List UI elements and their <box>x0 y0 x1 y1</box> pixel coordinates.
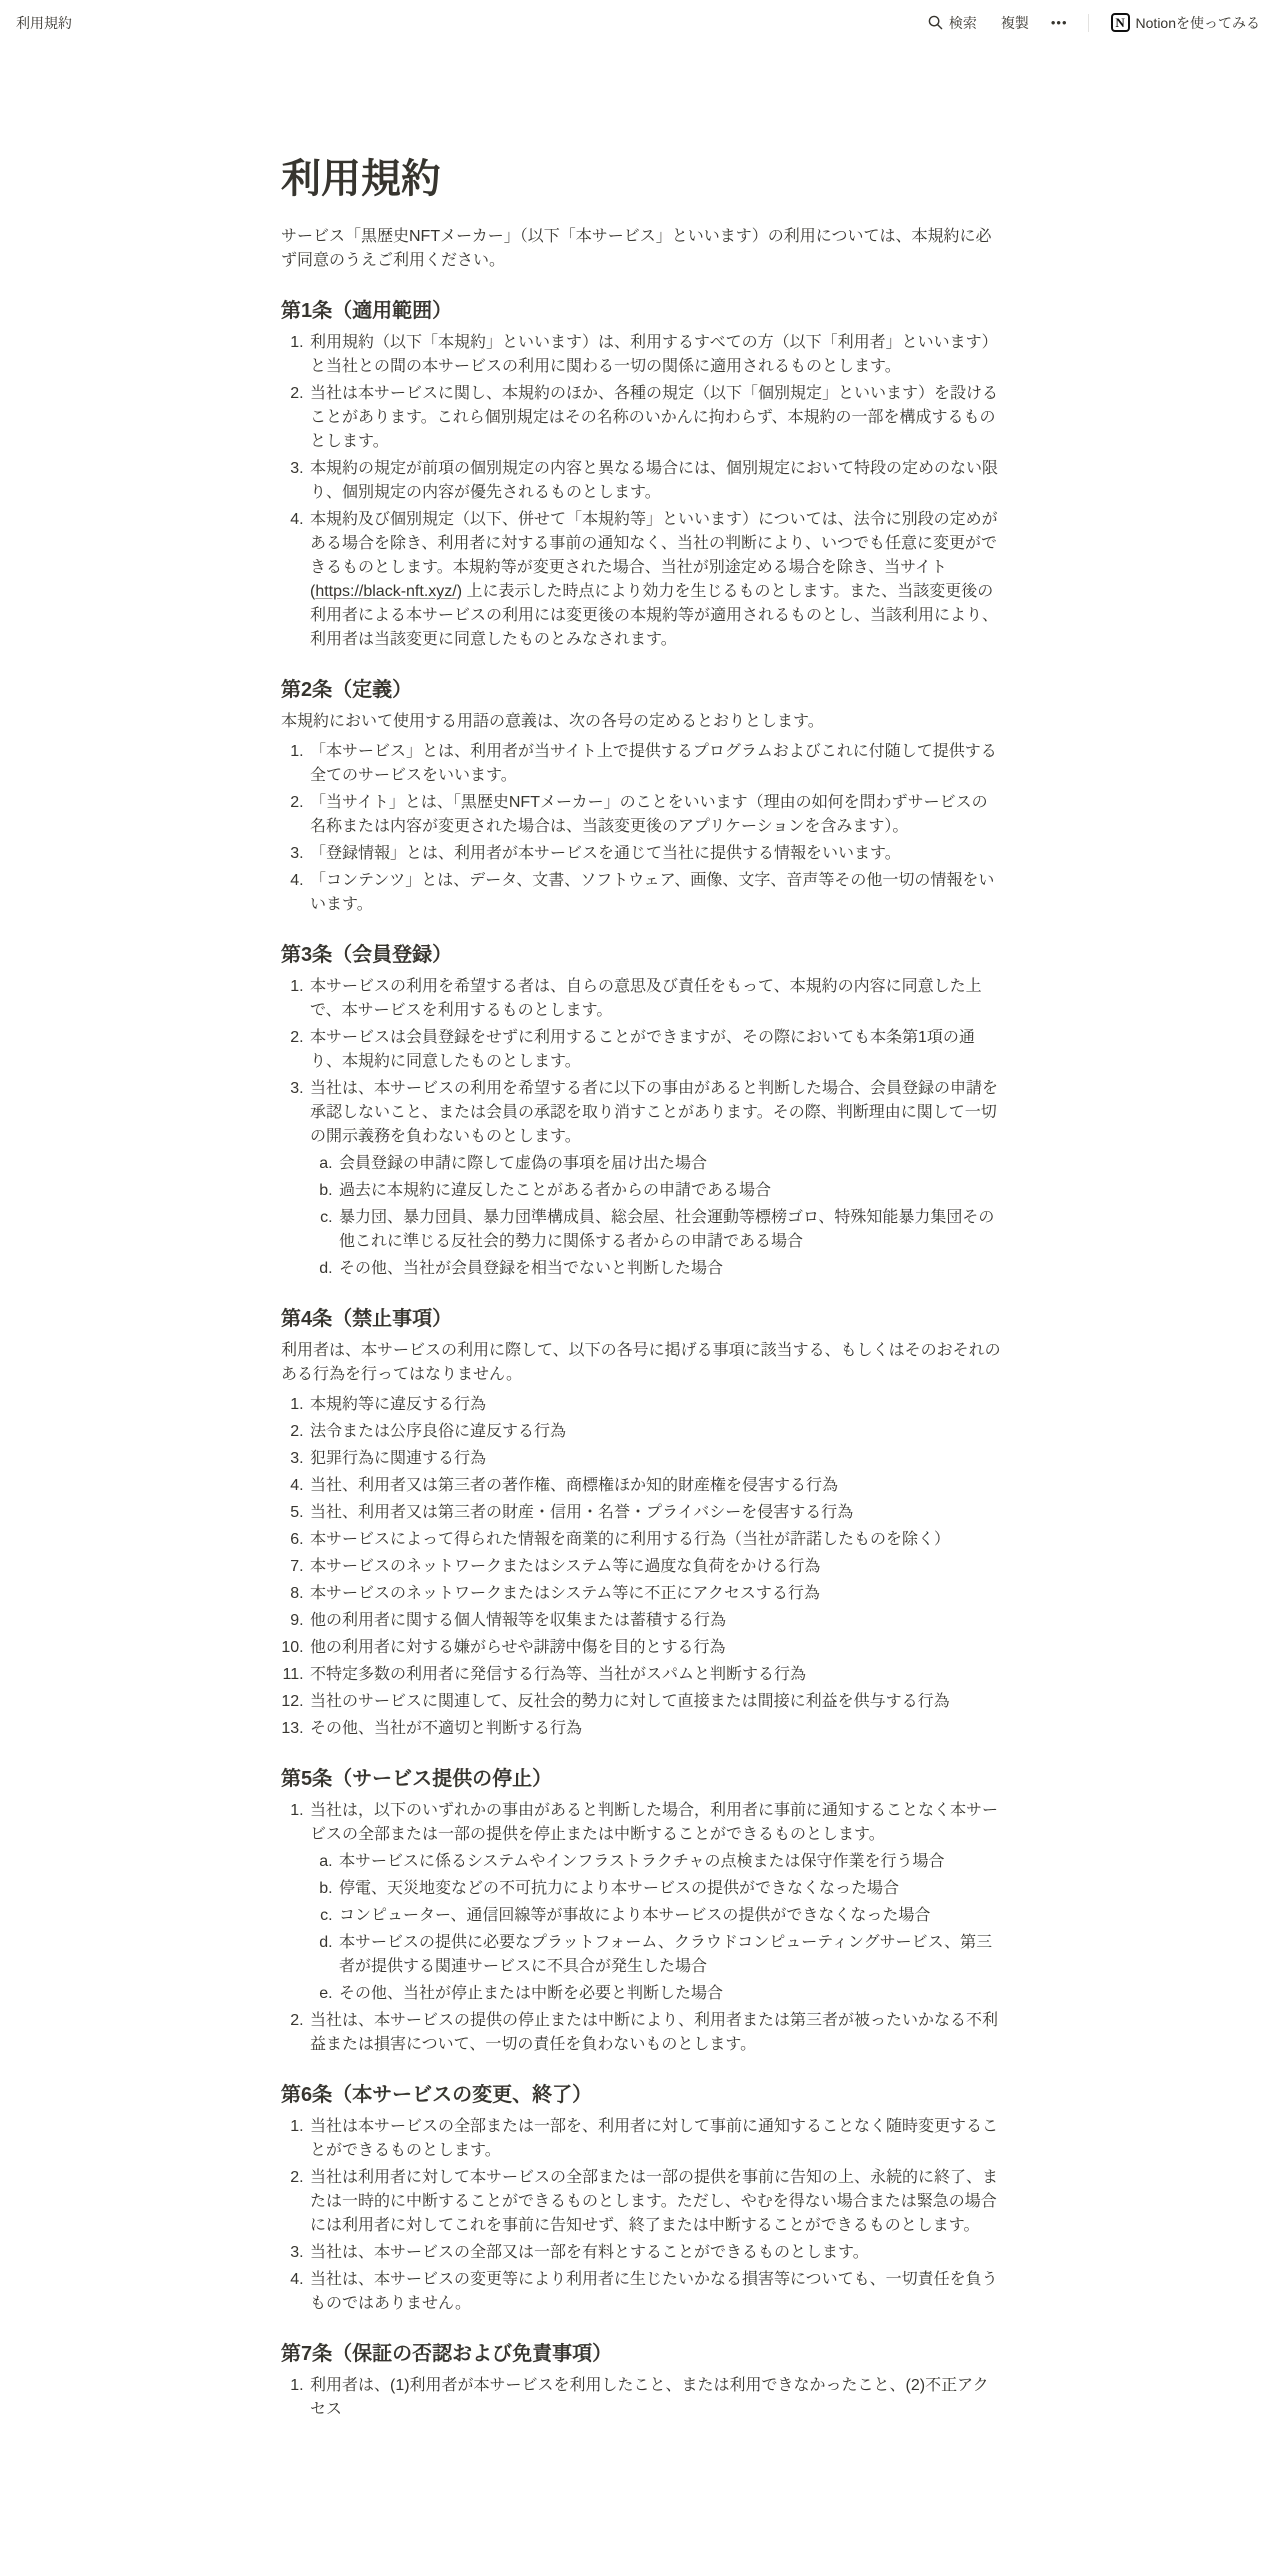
list-item-text: 「当サイト」とは、「黒歴史NFTメーカー」のことをいいます（理由の如何を問わずサ… <box>310 794 988 835</box>
list-item: 利用者は、(1)利用者が本サービスを利用したこと、または利用できなかったこと、(… <box>308 2374 1003 2422</box>
list-item-text: 不特定多数の利用者に発信する行為等、当社がスパムと判断する行為 <box>310 1666 806 1683</box>
list-item-text: 法令または公序良俗に違反する行為 <box>310 1423 566 1440</box>
sub-list-item-text: 本サービスに係るシステムやインフラストラクチャの点検または保守作業を行う場合 <box>339 1853 944 1870</box>
notion-logo-icon: N <box>1111 13 1130 32</box>
list-item-text: 当社のサービスに関連して、反社会的勢力に対して直接または間接に利益を供与する行為 <box>310 1693 950 1710</box>
terms-list: 「本サービス」とは、利用者が当サイト上で提供するプログラムおよびこれに付随して提… <box>281 740 1003 917</box>
list-item: 他の利用者に対する嫌がらせや誹謗中傷を目的とする行為 <box>308 1636 1003 1660</box>
try-notion-button[interactable]: N Notionを使ってみる <box>1103 9 1268 37</box>
list-item: 「当サイト」とは、「黒歴史NFTメーカー」のことをいいます（理由の如何を問わずサ… <box>308 791 1003 839</box>
sub-list-item-text: 暴力団、暴力団員、暴力団準構成員、総会屋、社会運動等標榜ゴロ、特殊知能暴力集団そ… <box>339 1209 994 1250</box>
list-item-text: 利用規約（以下「本規約」といいます）は、利用するすべての方（以下「利用者」といい… <box>310 334 998 375</box>
page-title: 利用規約 <box>281 155 1003 203</box>
list-item: その他、当社が不適切と判断する行為 <box>308 1717 1003 1741</box>
list-item: 本サービスは会員登録をせずに利用することができますが、その際においても本条第1項… <box>308 1026 1003 1074</box>
section-intro: 本規約において使用する用語の意義は、次の各号の定めるとおりとします。 <box>281 710 1003 734</box>
sub-list-item-text: 過去に本規約に違反したことがある者からの申請である場合 <box>339 1182 771 1199</box>
topbar-page-title: 利用規約 <box>16 13 72 33</box>
list-item-text: 当社、利用者又は第三者の著作権、商標権ほか知的財産権を侵害する行為 <box>310 1477 838 1494</box>
list-item: 利用規約（以下「本規約」といいます）は、利用するすべての方（以下「利用者」といい… <box>308 331 1003 379</box>
list-item-text: 本サービスによって得られた情報を商業的に利用する行為（当社が許諾したものを除く） <box>310 1531 950 1548</box>
sub-list-item: その他、当社が停止または中断を必要と判断した場合 <box>337 1982 1003 2006</box>
search-icon <box>928 15 943 30</box>
list-item-text: 当社、利用者又は第三者の財産・信用・名誉・プライバシーを侵害する行為 <box>310 1504 853 1521</box>
list-item-text: 当社は、本サービスの全部又は一部を有料とすることができるものとします。 <box>310 2244 869 2261</box>
list-item: 当社は本サービスに関し、本規約のほか、各種の規定（以下「個別規定」といいます）を… <box>308 382 1003 454</box>
list-item: 不特定多数の利用者に発信する行為等、当社がスパムと判断する行為 <box>308 1663 1003 1687</box>
section-heading: 第3条（会員登録） <box>281 941 1003 969</box>
list-item-text: 当社は、本サービスの変更等により利用者に生じたいかなる損害等についても、一切責任… <box>310 2271 998 2312</box>
list-item: 本サービスのネットワークまたはシステム等に過度な負荷をかける行為 <box>308 1555 1003 1579</box>
list-item: 本規約等に違反する行為 <box>308 1393 1003 1417</box>
sub-list-item: 会員登録の申請に際して虚偽の事項を届け出た場合 <box>337 1152 1003 1176</box>
section-heading: 第1条（適用範囲） <box>281 297 1003 325</box>
terms-section: 第2条（定義）本規約において使用する用語の意義は、次の各号の定めるとおりとします… <box>281 676 1003 917</box>
list-item-text: 当社は，以下のいずれかの事由があると判断した場合，利用者に事前に通知することなく… <box>310 1802 998 1843</box>
list-item-text: 本規約の規定が前項の個別規定の内容と異なる場合には、個別規定において特段の定めの… <box>310 460 998 501</box>
list-item: 当社、利用者又は第三者の財産・信用・名誉・プライバシーを侵害する行為 <box>308 1501 1003 1525</box>
section-heading: 第6条（本サービスの変更、終了） <box>281 2081 1003 2109</box>
more-options-icon: ••• <box>1051 15 1068 30</box>
topbar-actions: 検索 複製 ••• N Notionを使ってみる <box>920 9 1268 37</box>
page-intro: サービス「黒歴史NFTメーカー」（以下「本サービス」といいます）の利用については… <box>281 225 1003 273</box>
terms-section: 第6条（本サービスの変更、終了）当社は本サービスの全部または一部を、利用者に対し… <box>281 2081 1003 2316</box>
list-item: 「登録情報」とは、利用者が本サービスを通じて当社に提供する情報をいいます。 <box>308 842 1003 866</box>
list-item-text: 本サービスは会員登録をせずに利用することができますが、その際においても本条第1項… <box>310 1029 975 1070</box>
terms-section: 第3条（会員登録）本サービスの利用を希望する者は、自らの意思及び責任をもって、本… <box>281 941 1003 1281</box>
inline-link[interactable]: https://black-nft.xyz/ <box>315 583 456 600</box>
list-item-text: 他の利用者に対する嫌がらせや誹謗中傷を目的とする行為 <box>310 1639 726 1656</box>
sub-list-item: 本サービスの提供に必要なプラットフォーム、クラウドコンピューティングサービス、第… <box>337 1931 1003 1979</box>
list-item: 「コンテンツ」とは、データ、文書、ソフトウェア、画像、文字、音声等その他一切の情… <box>308 869 1003 917</box>
sub-list-item: 過去に本規約に違反したことがある者からの申請である場合 <box>337 1179 1003 1203</box>
terms-section: 第7条（保証の否認および免責事項）利用者は、(1)利用者が本サービスを利用したこ… <box>281 2340 1003 2422</box>
section-heading: 第2条（定義） <box>281 676 1003 704</box>
terms-list: 利用規約（以下「本規約」といいます）は、利用するすべての方（以下「利用者」といい… <box>281 331 1003 652</box>
list-item-text: 当社は本サービスに関し、本規約のほか、各種の規定（以下「個別規定」といいます）を… <box>310 385 998 450</box>
list-item: 犯罪行為に関連する行為 <box>308 1447 1003 1471</box>
sub-list-item-text: 会員登録の申請に際して虚偽の事項を届け出た場合 <box>339 1155 707 1172</box>
list-item-text: その他、当社が不適切と判断する行為 <box>310 1720 582 1737</box>
search-button[interactable]: 検索 <box>920 9 985 37</box>
terms-section: 第5条（サービス提供の停止）当社は，以下のいずれかの事由があると判断した場合，利… <box>281 1765 1003 2057</box>
section-heading: 第4条（禁止事項） <box>281 1305 1003 1333</box>
list-item: 本サービスの利用を希望する者は、自らの意思及び責任をもって、本規約の内容に同意し… <box>308 975 1003 1023</box>
terms-list: 当社は本サービスの全部または一部を、利用者に対して事前に通知することなく随時変更… <box>281 2115 1003 2316</box>
sub-list-item-text: 停電、天災地変などの不可抗力により本サービスの提供ができなくなった場合 <box>339 1880 899 1897</box>
terms-list: 本規約等に違反する行為法令または公序良俗に違反する行為犯罪行為に関連する行為当社… <box>281 1393 1003 1741</box>
duplicate-label: 複製 <box>1001 13 1029 33</box>
more-options-button[interactable]: ••• <box>1045 11 1074 34</box>
sub-list-item-text: 本サービスの提供に必要なプラットフォーム、クラウドコンピューティングサービス、第… <box>339 1934 992 1975</box>
list-item: 当社は利用者に対して本サービスの全部または一部の提供を事前に告知の上、永続的に終… <box>308 2166 1003 2238</box>
duplicate-button[interactable]: 複製 <box>993 9 1037 37</box>
sub-list-item-text: その他、当社が会員登録を相当でないと判断した場合 <box>339 1260 723 1277</box>
list-item-text: 利用者は、(1)利用者が本サービスを利用したこと、または利用できなかったこと、(… <box>310 2377 989 2418</box>
list-item-text: 本サービスの利用を希望する者は、自らの意思及び責任をもって、本規約の内容に同意し… <box>310 978 982 1019</box>
topbar: 利用規約 検索 複製 ••• N Notionを使ってみる <box>0 0 1284 45</box>
sub-list: 会員登録の申請に際して虚偽の事項を届け出た場合過去に本規約に違反したことがある者… <box>310 1152 1003 1281</box>
list-item: 当社は、本サービスの変更等により利用者に生じたいかなる損害等についても、一切責任… <box>308 2268 1003 2316</box>
list-item: 「本サービス」とは、利用者が当サイト上で提供するプログラムおよびこれに付随して提… <box>308 740 1003 788</box>
terms-list: 本サービスの利用を希望する者は、自らの意思及び責任をもって、本規約の内容に同意し… <box>281 975 1003 1281</box>
list-item-text: 「登録情報」とは、利用者が本サービスを通じて当社に提供する情報をいいます。 <box>310 845 901 862</box>
terms-list: 利用者は、(1)利用者が本サービスを利用したこと、または利用できなかったこと、(… <box>281 2374 1003 2422</box>
list-item: 当社は本サービスの全部または一部を、利用者に対して事前に通知することなく随時変更… <box>308 2115 1003 2163</box>
search-label: 検索 <box>949 13 977 33</box>
sub-list-item: その他、当社が会員登録を相当でないと判断した場合 <box>337 1257 1003 1281</box>
terms-list: 当社は，以下のいずれかの事由があると判断した場合，利用者に事前に通知することなく… <box>281 1799 1003 2057</box>
list-item: 当社のサービスに関連して、反社会的勢力に対して直接または間接に利益を供与する行為 <box>308 1690 1003 1714</box>
list-item-text: 当社は本サービスの全部または一部を、利用者に対して事前に通知することなく随時変更… <box>310 2118 998 2159</box>
list-item-text: 当社は、本サービスの利用を希望する者に以下の事由があると判断した場合、会員登録の… <box>310 1080 998 1145</box>
list-item: 本サービスによって得られた情報を商業的に利用する行為（当社が許諾したものを除く） <box>308 1528 1003 1552</box>
list-item: 本サービスのネットワークまたはシステム等に不正にアクセスする行為 <box>308 1582 1003 1606</box>
sub-list-item: 暴力団、暴力団員、暴力団準構成員、総会屋、社会運動等標榜ゴロ、特殊知能暴力集団そ… <box>337 1206 1003 1254</box>
sub-list-item-text: その他、当社が停止または中断を必要と判断した場合 <box>339 1985 723 2002</box>
list-item-text: 「コンテンツ」とは、データ、文書、ソフトウェア、画像、文字、音声等その他一切の情… <box>310 872 994 913</box>
list-item: 当社は、本サービスの全部又は一部を有料とすることができるものとします。 <box>308 2241 1003 2265</box>
sub-list-item-text: コンピューター、通信回線等が事故により本サービスの提供ができなくなった場合 <box>339 1907 930 1924</box>
list-item: 本規約及び個別規定（以下、併せて「本規約等」といいます）については、法令に別段の… <box>308 508 1003 652</box>
list-item-text: 他の利用者に関する個人情報等を収集または蓄積する行為 <box>310 1612 726 1629</box>
document-content: 利用規約 サービス「黒歴史NFTメーカー」（以下「本サービス」といいます）の利用… <box>281 45 1003 2422</box>
try-notion-label: Notionを使ってみる <box>1136 13 1260 33</box>
list-item-text: 当社は、本サービスの提供の停止または中断により、利用者または第三者が被ったいかな… <box>310 2012 998 2053</box>
list-item-text: 本サービスのネットワークまたはシステム等に過度な負荷をかける行為 <box>310 1558 820 1575</box>
list-item: 他の利用者に関する個人情報等を収集または蓄積する行為 <box>308 1609 1003 1633</box>
terms-section: 第4条（禁止事項）利用者は、本サービスの利用に際して、以下の各号に掲げる事項に該… <box>281 1305 1003 1741</box>
list-item-text: 当社は利用者に対して本サービスの全部または一部の提供を事前に告知の上、永続的に終… <box>310 2169 998 2234</box>
sections: 第1条（適用範囲）利用規約（以下「本規約」といいます）は、利用するすべての方（以… <box>281 297 1003 2422</box>
topbar-divider <box>1088 14 1089 32</box>
sub-list-item: コンピューター、通信回線等が事故により本サービスの提供ができなくなった場合 <box>337 1904 1003 1928</box>
list-item: 当社は、本サービスの利用を希望する者に以下の事由があると判断した場合、会員登録の… <box>308 1077 1003 1281</box>
sub-list: 本サービスに係るシステムやインフラストラクチャの点検または保守作業を行う場合停電… <box>310 1850 1003 2006</box>
list-item-text: 本規約等に違反する行為 <box>310 1396 486 1413</box>
section-intro: 利用者は、本サービスの利用に際して、以下の各号に掲げる事項に該当する、もしくはそ… <box>281 1339 1003 1387</box>
sub-list-item: 停電、天災地変などの不可抗力により本サービスの提供ができなくなった場合 <box>337 1877 1003 1901</box>
list-item-text: 「本サービス」とは、利用者が当サイト上で提供するプログラムおよびこれに付随して提… <box>310 743 997 784</box>
sub-list-item: 本サービスに係るシステムやインフラストラクチャの点検または保守作業を行う場合 <box>337 1850 1003 1874</box>
terms-section: 第1条（適用範囲）利用規約（以下「本規約」といいます）は、利用するすべての方（以… <box>281 297 1003 652</box>
list-item: 当社は、本サービスの提供の停止または中断により、利用者または第三者が被ったいかな… <box>308 2009 1003 2057</box>
list-item-text: 本サービスのネットワークまたはシステム等に不正にアクセスする行為 <box>310 1585 820 1602</box>
list-item: 当社、利用者又は第三者の著作権、商標権ほか知的財産権を侵害する行為 <box>308 1474 1003 1498</box>
list-item: 法令または公序良俗に違反する行為 <box>308 1420 1003 1444</box>
list-item: 本規約の規定が前項の個別規定の内容と異なる場合には、個別規定において特段の定めの… <box>308 457 1003 505</box>
section-heading: 第7条（保証の否認および免責事項） <box>281 2340 1003 2368</box>
list-item: 当社は，以下のいずれかの事由があると判断した場合，利用者に事前に通知することなく… <box>308 1799 1003 2006</box>
list-item-text: 犯罪行為に関連する行為 <box>310 1450 486 1467</box>
section-heading: 第5条（サービス提供の停止） <box>281 1765 1003 1793</box>
